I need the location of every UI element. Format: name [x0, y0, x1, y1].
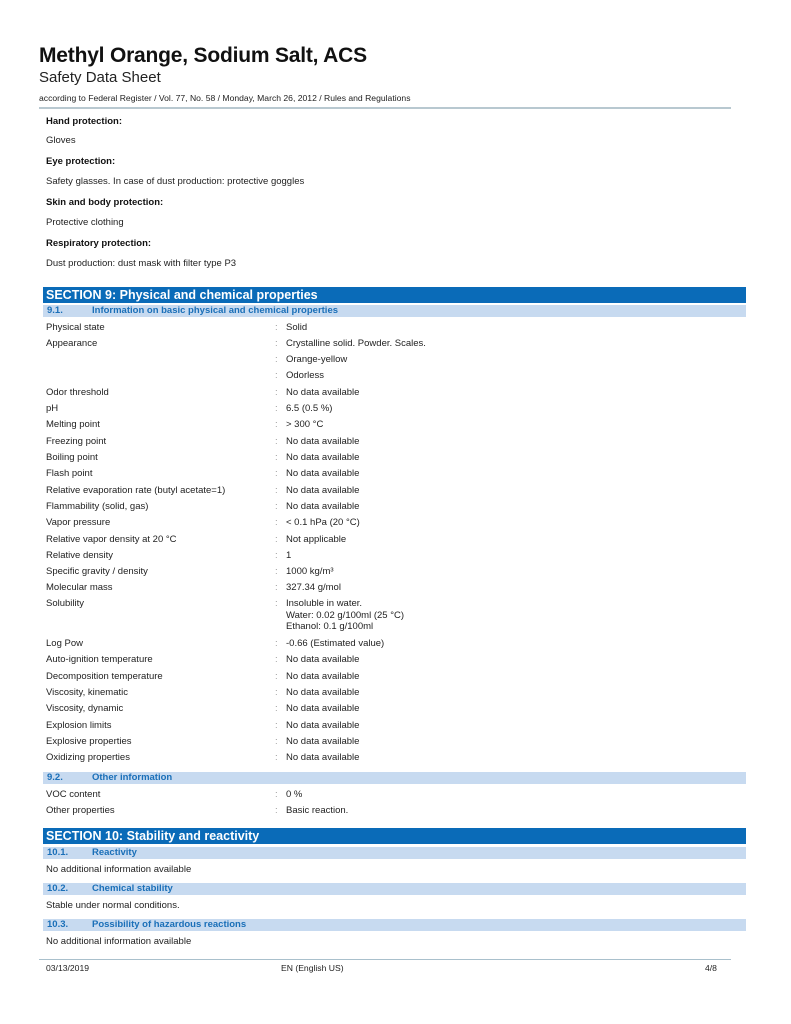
property-label: Viscosity, kinematic	[46, 687, 128, 698]
subsection-9-1-header: 9.1. Information on basic physical and c…	[43, 305, 746, 317]
subsection-number: 9.1.	[47, 305, 63, 317]
colon-separator: :	[275, 338, 278, 349]
property-label: Flash point	[46, 468, 92, 479]
property-value: Solid	[286, 322, 307, 334]
property-value: No data available	[286, 671, 359, 683]
property-value-line: No data available	[286, 687, 359, 699]
colon-separator: :	[275, 550, 278, 561]
property-value-line: Not applicable	[286, 534, 346, 546]
colon-separator: :	[275, 322, 278, 333]
property-value: 1	[286, 550, 291, 562]
property-label: Explosive properties	[46, 736, 132, 747]
property-label: Appearance	[46, 338, 97, 349]
subsection-title: Possibility of hazardous reactions	[92, 919, 246, 931]
property-label: Oxidizing properties	[46, 752, 130, 763]
colon-separator: :	[275, 468, 278, 479]
property-value-line: Ethanol: 0.1 g/100ml	[286, 621, 404, 633]
property-label: Other properties	[46, 805, 115, 816]
colon-separator: :	[275, 452, 278, 463]
property-value: No data available	[286, 387, 359, 399]
subsection-text: No additional information available	[46, 864, 191, 875]
colon-separator: :	[275, 752, 278, 763]
property-label: Odor threshold	[46, 387, 109, 398]
subsection-text: No additional information available	[46, 936, 191, 947]
property-value-line: No data available	[286, 752, 359, 764]
colon-separator: :	[275, 403, 278, 414]
property-label: Decomposition temperature	[46, 671, 163, 682]
property-label: Freezing point	[46, 436, 106, 447]
subsection-title: Other information	[92, 772, 172, 784]
property-value-line: -0.66 (Estimated value)	[286, 638, 384, 650]
subsection-number: 9.2.	[47, 772, 63, 784]
property-value: 1000 kg/m³	[286, 566, 334, 578]
colon-separator: :	[275, 805, 278, 816]
colon-separator: :	[275, 501, 278, 512]
property-value: Basic reaction.	[286, 805, 348, 817]
property-label: Relative evaporation rate (butyl acetate…	[46, 485, 225, 496]
property-value: 6.5 (0.5 %)	[286, 403, 332, 415]
respiratory-protection-value: Dust production: dust mask with filter t…	[46, 258, 236, 269]
property-value-line: 1	[286, 550, 291, 562]
footer-page-number: 4/8	[705, 963, 717, 973]
property-value-line: No data available	[286, 501, 359, 513]
property-label: Explosion limits	[46, 720, 111, 731]
property-label: VOC content	[46, 789, 100, 800]
property-label: Solubility	[46, 598, 84, 609]
property-value: Insoluble in water.Water: 0.02 g/100ml (…	[286, 598, 404, 633]
property-label: Boiling point	[46, 452, 98, 463]
property-value: No data available	[286, 501, 359, 513]
footer-language: EN (English US)	[281, 963, 344, 973]
property-value-line: Crystalline solid. Powder. Scales.	[286, 338, 426, 350]
subsection-title: Reactivity	[92, 847, 137, 859]
property-value: Not applicable	[286, 534, 346, 546]
eye-protection-label: Eye protection:	[46, 156, 115, 167]
property-value: No data available	[286, 452, 359, 464]
property-label: Viscosity, dynamic	[46, 703, 123, 714]
property-value: > 300 °C	[286, 419, 323, 431]
property-value-line: Odorless	[286, 370, 324, 382]
property-label: Relative density	[46, 550, 113, 561]
subsection-10-1-header: 10.1. Reactivity	[43, 847, 746, 859]
property-label: Specific gravity / density	[46, 566, 148, 577]
colon-separator: :	[275, 654, 278, 665]
footer-date: 03/13/2019	[46, 963, 89, 973]
colon-separator: :	[275, 436, 278, 447]
property-value: No data available	[286, 736, 359, 748]
respiratory-protection-label: Respiratory protection:	[46, 238, 151, 249]
colon-separator: :	[275, 638, 278, 649]
colon-separator: :	[275, 720, 278, 731]
property-value: -0.66 (Estimated value)	[286, 638, 384, 650]
property-value-line: 1000 kg/m³	[286, 566, 334, 578]
colon-separator: :	[275, 354, 278, 365]
colon-separator: :	[275, 566, 278, 577]
subsection-number: 10.2.	[47, 883, 68, 895]
colon-separator: :	[275, 517, 278, 528]
property-value: 0 %	[286, 789, 302, 801]
colon-separator: :	[275, 534, 278, 545]
colon-separator: :	[275, 671, 278, 682]
property-label: Vapor pressure	[46, 517, 110, 528]
property-value-line: 327.34 g/mol	[286, 582, 341, 594]
property-value-line: Solid	[286, 322, 307, 334]
property-value-line: < 0.1 hPa (20 °C)	[286, 517, 360, 529]
colon-separator: :	[275, 736, 278, 747]
property-value-line: No data available	[286, 736, 359, 748]
property-value-line: No data available	[286, 703, 359, 715]
section-9-header: SECTION 9: Physical and chemical propert…	[43, 287, 746, 303]
property-label: Physical state	[46, 322, 105, 333]
hand-protection-label: Hand protection:	[46, 116, 122, 127]
property-value-line: No data available	[286, 720, 359, 732]
property-value-line: Orange-yellow	[286, 354, 347, 366]
property-value: No data available	[286, 703, 359, 715]
property-value: No data available	[286, 468, 359, 480]
colon-separator: :	[275, 789, 278, 800]
property-value-line: No data available	[286, 468, 359, 480]
property-value: No data available	[286, 687, 359, 699]
colon-separator: :	[275, 598, 278, 609]
footer-divider	[39, 959, 731, 960]
subsection-10-3-header: 10.3. Possibility of hazardous reactions	[43, 919, 746, 931]
colon-separator: :	[275, 387, 278, 398]
subsection-number: 10.1.	[47, 847, 68, 859]
subsection-10-2-header: 10.2. Chemical stability	[43, 883, 746, 895]
colon-separator: :	[275, 703, 278, 714]
property-value: Crystalline solid. Powder. Scales.	[286, 338, 426, 350]
property-label: Log Pow	[46, 638, 83, 649]
property-value-line: No data available	[286, 671, 359, 683]
property-value: No data available	[286, 654, 359, 666]
property-value: Odorless	[286, 370, 324, 382]
regulation-line: according to Federal Register / Vol. 77,…	[39, 93, 411, 103]
colon-separator: :	[275, 419, 278, 430]
property-value-line: No data available	[286, 452, 359, 464]
property-value-line: > 300 °C	[286, 419, 323, 431]
property-value: 327.34 g/mol	[286, 582, 341, 594]
property-label: Flammability (solid, gas)	[46, 501, 148, 512]
property-value-line: Insoluble in water.	[286, 598, 404, 610]
property-value-line: Water: 0.02 g/100ml (25 °C)	[286, 610, 404, 622]
property-value: No data available	[286, 485, 359, 497]
property-value: No data available	[286, 720, 359, 732]
subsection-9-2-header: 9.2. Other information	[43, 772, 746, 784]
property-label: pH	[46, 403, 58, 414]
skin-protection-label: Skin and body protection:	[46, 197, 163, 208]
sds-page: Methyl Orange, Sodium Salt, ACS Safety D…	[0, 0, 791, 1024]
property-label: Molecular mass	[46, 582, 113, 593]
property-label: Melting point	[46, 419, 100, 430]
colon-separator: :	[275, 687, 278, 698]
document-title: Methyl Orange, Sodium Salt, ACS	[39, 44, 367, 68]
colon-separator: :	[275, 582, 278, 593]
property-label: Relative vapor density at 20 °C	[46, 534, 177, 545]
property-value-line: No data available	[286, 387, 359, 399]
property-label: Auto-ignition temperature	[46, 654, 153, 665]
property-value: No data available	[286, 752, 359, 764]
header-divider	[39, 107, 731, 109]
property-value-line: No data available	[286, 485, 359, 497]
document-subtitle: Safety Data Sheet	[39, 69, 161, 86]
skin-protection-value: Protective clothing	[46, 217, 124, 228]
colon-separator: :	[275, 370, 278, 381]
eye-protection-value: Safety glasses. In case of dust producti…	[46, 176, 304, 187]
colon-separator: :	[275, 485, 278, 496]
section-10-header: SECTION 10: Stability and reactivity	[43, 828, 746, 844]
property-value: < 0.1 hPa (20 °C)	[286, 517, 360, 529]
property-value: Orange-yellow	[286, 354, 347, 366]
subsection-text: Stable under normal conditions.	[46, 900, 180, 911]
property-value-line: No data available	[286, 436, 359, 448]
subsection-title: Chemical stability	[92, 883, 173, 895]
subsection-title: Information on basic physical and chemic…	[92, 305, 338, 317]
subsection-number: 10.3.	[47, 919, 68, 931]
property-value-line: No data available	[286, 654, 359, 666]
property-value-line: 6.5 (0.5 %)	[286, 403, 332, 415]
property-value: No data available	[286, 436, 359, 448]
hand-protection-value: Gloves	[46, 135, 76, 146]
